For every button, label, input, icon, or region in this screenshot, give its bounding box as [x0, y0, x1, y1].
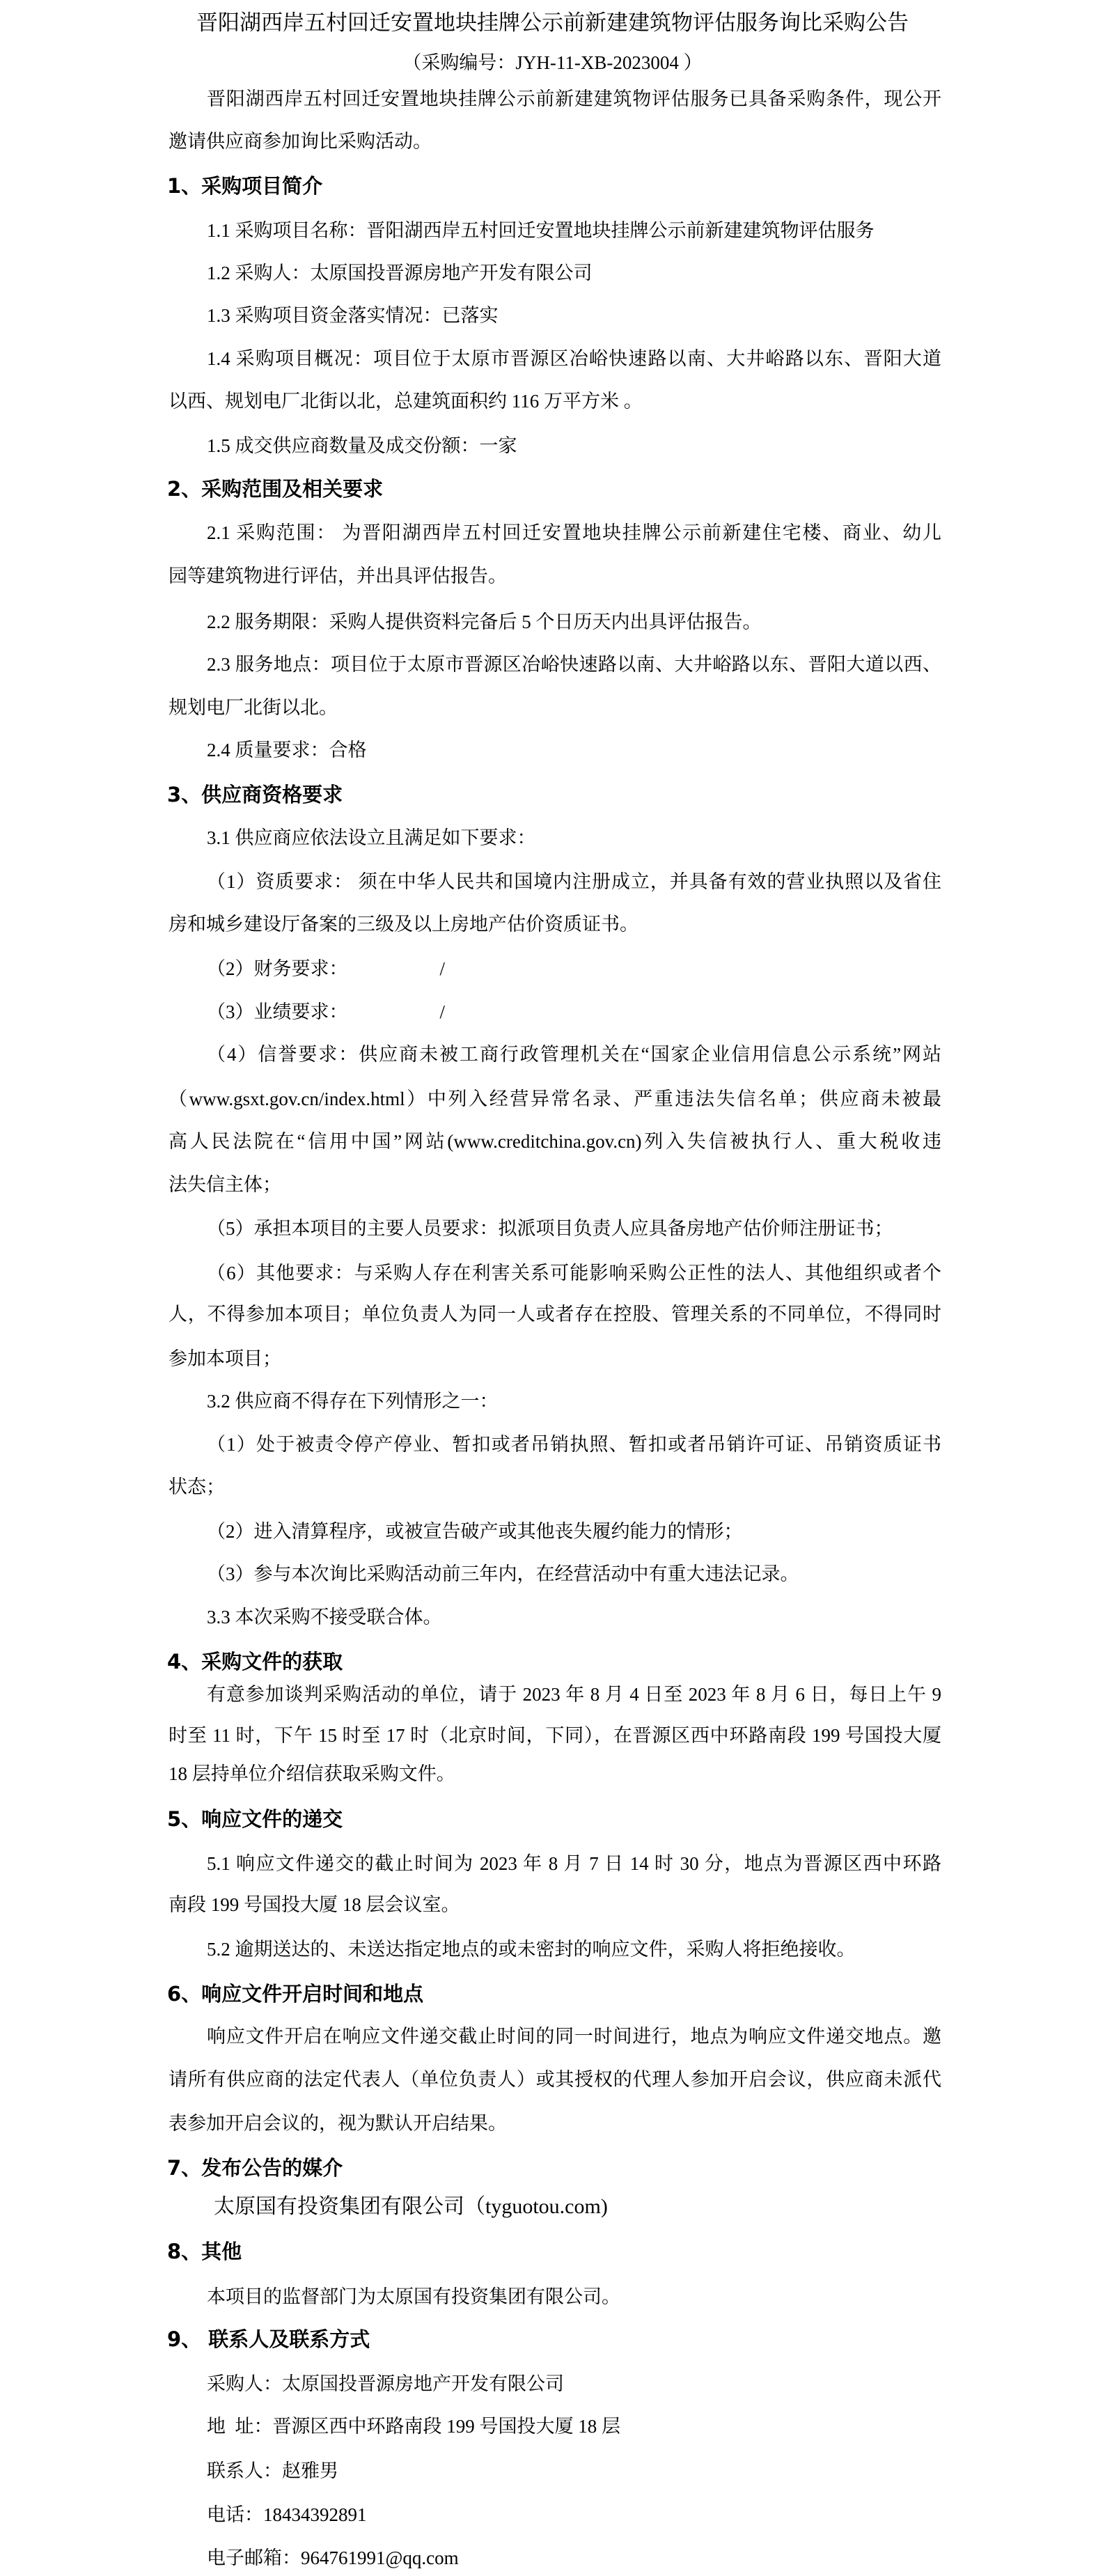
item-3-2-1-cont: 状态；	[169, 1475, 225, 1499]
document-title: 晋阳湖西岸五村回迁安置地块挂牌公示前新建建筑物评估服务询比采购公告	[0, 9, 1105, 37]
contact-purchaser: 采购人：太原国投晋源房地产开发有限公司	[207, 2372, 564, 2396]
contact-email: 电子邮箱：964761991@qq.com	[207, 2546, 459, 2570]
contact-phone: 电话：18434392891	[207, 2503, 367, 2527]
item-1-2: 1.2 采购人：太原国投晋源房地产开发有限公司	[207, 261, 593, 285]
item-3-2: 3.2 供应商不得存在下列情形之一：	[207, 1389, 499, 1413]
contact-person: 联系人：赵雅男	[207, 2459, 338, 2483]
section-6-heading: 6、响应文件开启时间和地点	[167, 1981, 423, 2007]
item-5-1: 5.1 响应文件递交的截止时间为 2023 年 8 月 7 日 14 时 30 …	[207, 1852, 941, 1875]
item-3-1: 3.1 供应商应依法设立且满足如下要求：	[207, 826, 536, 850]
item-1-4-cont: 以西、规划电厂北街以北，总建筑面积约 116 万平方米 。	[169, 389, 643, 413]
section-7-heading: 7、发布公告的媒介	[167, 2155, 343, 2181]
section-4-heading: 4、采购文件的获取	[167, 1648, 343, 1675]
item-2-4: 2.4 质量要求：合格	[207, 738, 367, 762]
section-1-heading: 1、采购项目简介	[167, 173, 322, 199]
item-2-2: 2.2 服务期限：采购人提供资料完备后 5 个日历天内出具评估报告。	[207, 610, 762, 634]
intro-line-2: 邀请供应商参加询比采购活动。	[169, 130, 432, 153]
item-1-3: 1.3 采购项目资金落实情况：已落实	[207, 304, 499, 327]
item-3-1-6-cont-2: 参加本项目；	[169, 1347, 281, 1371]
item-2-1-cont: 园等建筑物进行评估，并出具评估报告。	[169, 564, 507, 588]
item-5-1-cont: 南段 199 号国投大厦 18 层会议室。	[169, 1893, 460, 1917]
publication-media: 太原国有投资集团有限公司（tyguotou.com)	[214, 2195, 608, 2219]
item-3-1-5: （5）承担本项目的主要人员要求：拟派项目负责人应具备房地产估价师注册证书；	[207, 1217, 893, 1240]
item-2-1: 2.1 采购范围： 为晋阳湖西岸五村回迁安置地块挂牌公示前新建住宅楼、商业、幼儿	[207, 521, 941, 545]
section-6-para-line-2: 请所有供应商的法定代表人（单位负责人）或其授权的代理人参加开启会议，供应商未派代	[169, 2068, 941, 2091]
section-3-heading: 3、供应商资格要求	[167, 781, 343, 808]
section-9-heading: 9、 联系人及联系方式	[167, 2326, 370, 2352]
item-1-4: 1.4 采购项目概况：项目位于太原市晋源区冶峪快速路以南、大井峪路以东、晋阳大道	[207, 347, 941, 370]
finance-requirement-label: （2）财务要求：	[207, 958, 348, 979]
item-5-2: 5.2 逾期送达的、未送达指定地点的或未密封的响应文件，采购人将拒绝接收。	[207, 1937, 856, 1961]
item-3-1-4-cont-2: 高人民法院在“信用中国”网站(www.creditchina.gov.cn)列入…	[169, 1130, 941, 1153]
section-6-para-line-3: 表参加开启会议的，视为默认开启结果。	[169, 2111, 507, 2135]
item-3-2-2: （2）进入清算程序，或被宣告破产或其他丧失履约能力的情形；	[207, 1520, 743, 1543]
item-3-1-2: （2）财务要求：/	[207, 957, 445, 981]
item-2-3: 2.3 服务地点：项目位于太原市晋源区冶峪快速路以南、大井峪路以东、晋阳大道以西…	[207, 653, 941, 676]
item-3-1-6: （6）其他要求：与采购人存在利害关系可能影响采购公正性的法人、其他组织或者个	[207, 1261, 941, 1285]
item-1-5: 1.5 成交供应商数量及成交份额：一家	[207, 434, 517, 458]
item-2-3-cont: 规划电厂北街以北。	[169, 696, 338, 719]
section-4-para-line-2: 时至 11 时，下午 15 时至 17 时（北京时间，下同），在晋源区西中环路南…	[169, 1724, 941, 1747]
item-3-2-3: （3）参与本次询比采购活动前三年内，在经营活动中有重大违法记录。	[207, 1562, 799, 1586]
item-3-3: 3.3 本次采购不接受联合体。	[207, 1605, 442, 1629]
item-3-1-1-cont: 房和城乡建设厅备案的三级及以上房地产估价资质证书。	[169, 912, 638, 936]
supervision-department: 本项目的监督部门为太原国有投资集团有限公司。	[207, 2285, 620, 2309]
section-5-heading: 5、响应文件的递交	[167, 1806, 343, 1832]
section-4-para-line-3: 18 层持单位介绍信获取采购文件。	[169, 1762, 455, 1786]
performance-requirement-value: /	[440, 1000, 446, 1024]
intro-line-1: 晋阳湖西岸五村回迁安置地块挂牌公示前新建建筑物评估服务已具备采购条件，现公开	[207, 87, 941, 111]
procurement-code: （采购编号：JYH-11-XB-2023004 ）	[0, 51, 1105, 75]
contact-address: 地 址：晋源区西中环路南段 199 号国投大厦 18 层	[207, 2414, 620, 2438]
item-3-2-1: （1）处于被责令停产停业、暂扣或者吊销执照、暂扣或者吊销许可证、吊销资质证书	[207, 1433, 941, 1456]
item-1-1: 1.1 采购项目名称：晋阳湖西岸五村回迁安置地块挂牌公示前新建建筑物评估服务	[207, 219, 875, 242]
item-3-1-4: （4）信誉要求：供应商未被工商行政管理机关在“国家企业信用信息公示系统”网站	[207, 1043, 941, 1066]
section-8-heading: 8、其他	[167, 2238, 242, 2265]
finance-requirement-value: /	[440, 957, 446, 981]
item-3-1-1: （1）资质要求： 须在中华人民共和国境内注册成立，并具备有效的营业执照以及省住	[207, 870, 941, 893]
section-6-para-line-1: 响应文件开启在响应文件递交截止时间的同一时间进行，地点为响应文件递交地点。邀	[207, 2024, 941, 2048]
performance-requirement-label: （3）业绩要求：	[207, 1001, 348, 1022]
item-3-1-3: （3）业绩要求：/	[207, 1000, 445, 1024]
item-3-1-4-cont-3: 法失信主体；	[169, 1173, 281, 1196]
item-3-1-4-cont-1: （www.gsxt.gov.cn/index.html）中列入经营异常名录、严重…	[169, 1087, 941, 1111]
section-4-para-line-1: 有意参加谈判采购活动的单位，请于 2023 年 8 月 4 日至 2023 年 …	[207, 1683, 941, 1706]
section-2-heading: 2、采购范围及相关要求	[167, 476, 383, 502]
item-3-1-6-cont-1: 人，不得参加本项目；单位负责人为同一人或者存在控股、管理关系的不同单位，不得同时	[169, 1302, 941, 1326]
